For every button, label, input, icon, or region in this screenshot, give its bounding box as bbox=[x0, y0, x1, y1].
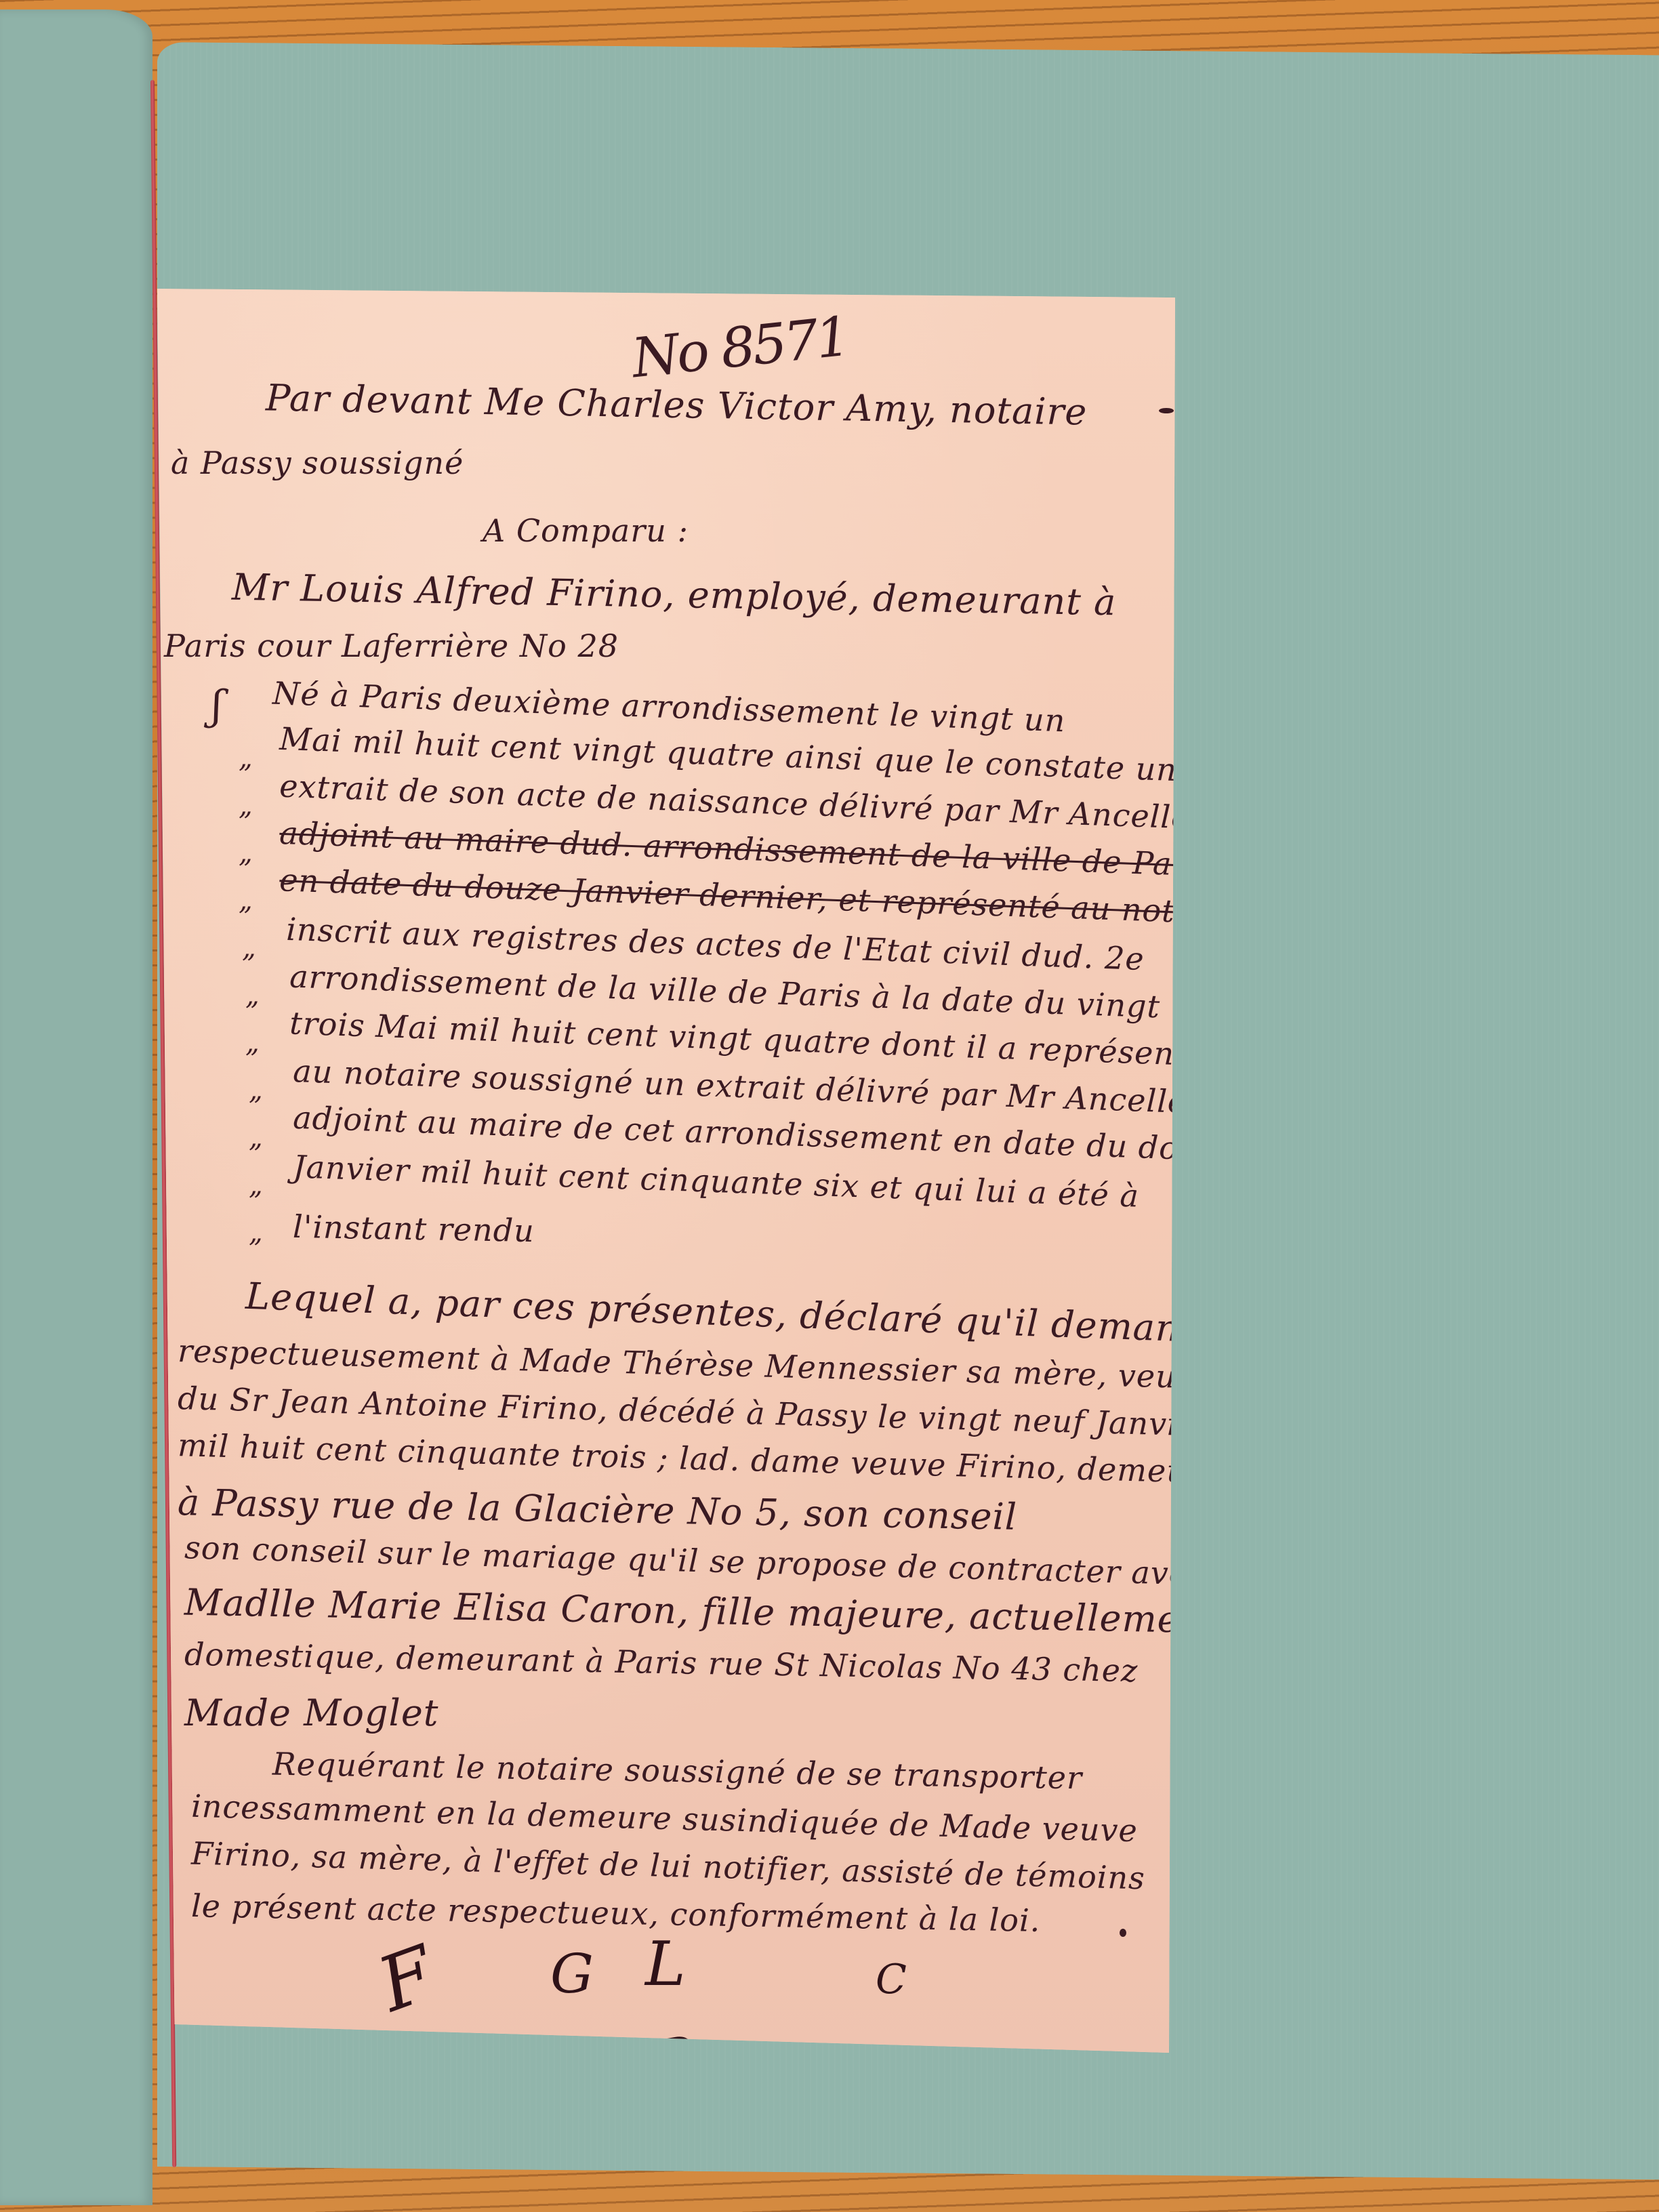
appearance-heading: A Comparu : bbox=[483, 512, 689, 549]
ink-blot bbox=[1120, 1929, 1126, 1937]
request-line-5: à Passy rue de la Glacière No 5, son con… bbox=[178, 1481, 1018, 1538]
quote-mark: „ bbox=[239, 885, 253, 916]
folder-left-leaf bbox=[0, 9, 152, 2205]
quote-mark: „ bbox=[249, 1217, 263, 1248]
manuscript-sheet: No 8571 Par devant Me Charles Victor Amy… bbox=[157, 289, 1175, 2067]
preamble-line-2: à Passy soussigné bbox=[171, 445, 464, 481]
ink-dash bbox=[1159, 408, 1174, 413]
quote-mark: „ bbox=[249, 1170, 263, 1201]
party-line-2: Paris cour Laferrière No 28 bbox=[164, 628, 619, 664]
quote-mark: „ bbox=[239, 743, 253, 774]
initial-g: G bbox=[550, 1942, 594, 2005]
closing-line-1: Requérant le notaire soussigné de se tra… bbox=[272, 1746, 1083, 1797]
preamble-line-1: Par devant Me Charles Victor Amy, notair… bbox=[266, 376, 1088, 433]
request-line-7: Madlle Marie Elisa Caron, fille majeure,… bbox=[184, 1581, 1220, 1642]
request-line-9: Made Moglet bbox=[184, 1692, 438, 1734]
quote-mark: „ bbox=[249, 1075, 263, 1106]
party-line-1: Mr Louis Alfred Firino, employé, demeura… bbox=[232, 566, 1117, 624]
request-line-8: domestique, demeurant à Paris rue St Nic… bbox=[184, 1636, 1139, 1689]
bracket-mark: ʃ bbox=[211, 682, 222, 729]
quote-mark: „ bbox=[242, 933, 256, 964]
quote-mark: „ bbox=[239, 838, 253, 869]
initial-l: L bbox=[645, 1929, 686, 2000]
reference-number: No 8571 bbox=[629, 305, 851, 390]
quote-mark: „ bbox=[245, 980, 260, 1011]
birth-line-12: l'instant rendu bbox=[293, 1208, 535, 1249]
initial-c: C bbox=[876, 1956, 907, 2003]
quote-mark: „ bbox=[245, 1027, 260, 1059]
quote-mark: „ bbox=[239, 790, 253, 821]
quote-mark: „ bbox=[249, 1122, 263, 1153]
closing-line-4: le présent acte respectueux, conformémen… bbox=[191, 1887, 1041, 1939]
initial-f: F bbox=[367, 1929, 446, 2028]
